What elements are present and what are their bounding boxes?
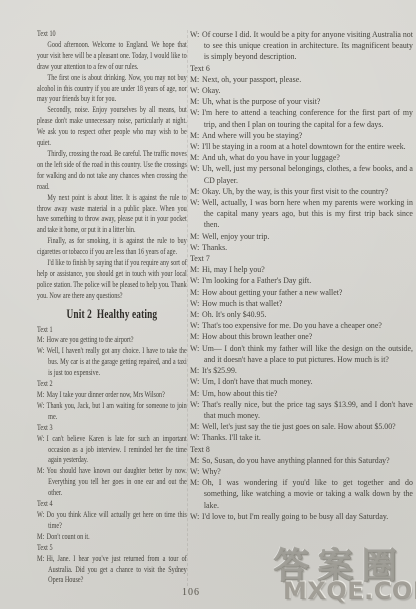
dialogue-line: W:Why? [190,466,413,477]
dialogue-text: Well, actually, I was born here when my … [202,197,413,229]
speaker-label: W: [190,163,202,174]
speaker-label: W: [190,320,202,331]
dialogue-line: M:It's $25.99. [190,365,413,376]
dialogue-line: M:Don't count on it. [37,532,187,543]
speaker-label: M: [190,455,202,466]
dialogue-text: May I take your dinner order now, Mrs Wi… [47,390,165,399]
text-section-label: Text 4 [37,499,187,510]
left-column: Text 10Good afternoon. Welcome to Englan… [37,29,187,586]
speaker-label: M: [37,335,47,346]
dialogue-line: M:How about getting your father a new wa… [190,287,413,298]
dialogue-line: W:I'm here to attend a teaching conferen… [190,107,413,129]
dialogue-text: I'm looking for a Father's Day gift. [202,275,311,285]
dialogue-text: Well, enjoy your trip. [202,231,269,241]
dialogue-line: W:Um— I don't think my father will like … [190,343,413,365]
monologue-paragraph: Thirdly, crossing the road. Be careful. … [37,149,187,193]
speaker-label: W: [190,376,202,387]
dialogue-line: M:Uh, what is the purpose of your visit? [190,96,413,107]
dialogue-text: Um— I don't think my father will like th… [202,343,413,364]
dialogue-text: Well, I haven't really got any choice. I… [47,346,187,377]
speaker-label: M: [190,287,202,298]
dialogue-text: Do you think Alice will actually get her… [47,510,187,530]
dialogue-line: M:How about this brown leather one? [190,331,413,342]
dialogue-line: W:How much is that wallet? [190,298,413,309]
speaker-label: M: [190,74,202,85]
speaker-label: W: [37,510,47,521]
dialogue-text: How are you getting to the airport? [47,335,134,344]
speaker-label: W: [190,85,202,96]
text-section-label: Text 1 [37,325,187,336]
dialogue-text: Uh, well, just my personal belongings, c… [202,163,413,184]
dialogue-text: Okay. [202,85,220,95]
speaker-label: M: [190,309,202,320]
dialogue-line: W:That's really nice, but the price tag … [190,399,413,421]
speaker-label: M: [190,231,202,242]
text-section-label: Text 3 [37,423,187,434]
speaker-label: M: [190,96,202,107]
dialogue-line: W:I'd love to, but I'm really going to b… [190,511,413,522]
speaker-label: W: [190,399,202,410]
speaker-label: W: [37,434,47,445]
dialogue-text: I'm here to attend a teaching conference… [202,107,413,128]
speaker-label: M: [37,466,47,477]
text-section-label: Text 10 [37,29,187,40]
watermark-site-url: MXQE.COM [283,577,416,605]
dialogue-text: Um, how about this tie? [202,388,277,398]
dialogue-line: W:Okay. [190,85,413,96]
dialogue-line: W:That's too expensive for me. Do you ha… [190,320,413,331]
dialogue-text: Okay. Uh, by the way, is this your first… [202,186,388,196]
dialogue-text: How about this brown leather one? [202,331,312,341]
dialogue-text: Um, I don't have that much money. [202,376,313,386]
speaker-label: W: [190,29,202,40]
text-section-label: Text 8 [190,444,413,455]
dialogue-line: W:I can't believe Karen is late for such… [37,434,187,467]
dialogue-text: Hi, Jane. I hear you've just returned fr… [47,554,187,585]
text-section-label: Text 5 [37,543,187,554]
speaker-label: W: [190,107,202,118]
speaker-label: M: [190,477,202,488]
speaker-label: W: [190,242,202,253]
dialogue-text: Of course I did. It would be a pity for … [202,29,413,61]
dialogue-line: W:Do you think Alice will actually get h… [37,510,187,532]
speaker-label: M: [37,390,47,401]
dialogue-text: How about getting your father a new wall… [202,287,342,297]
page-number: 106 [182,587,200,598]
dialogue-text: And where will you be staying? [202,130,302,140]
speaker-label: W: [190,298,202,309]
speaker-label: W: [37,346,47,357]
monologue-paragraph: The first one is about drinking. Now, yo… [37,73,187,106]
dialogue-line: M:And uh, what do you have in your lugga… [190,152,413,163]
dialogue-text: And uh, what do you have in your luggage… [202,152,340,162]
dialogue-text: That's too expensive for me. Do you have… [202,320,382,330]
dialogue-line: M:May I take your dinner order now, Mrs … [37,390,187,401]
speaker-label: M: [190,264,202,275]
dialogue-line: M:Okay. Uh, by the way, is this your fir… [190,186,413,197]
dialogue-text: Well, let's just say the tie just goes o… [202,421,396,431]
text-section-label: Text 6 [190,63,413,74]
dialogue-line: W:Well, I haven't really got any choice.… [37,346,187,379]
dialogue-text: Thanks. [202,242,227,252]
dialogue-line: M:And where will you be staying? [190,130,413,141]
dialogue-line: M:So, Susan, do you have anything planne… [190,455,413,466]
speaker-label: W: [190,275,202,286]
text-section-label: Text 7 [190,253,413,264]
dialogue-line: W:Thanks. [190,242,413,253]
dialogue-text: You should have known our daughter bette… [47,466,187,497]
speaker-label: W: [190,466,202,477]
column-divider [187,30,188,586]
dialogue-line: M:Um, how about this tie? [190,388,413,399]
speaker-label: M: [37,554,47,565]
speaker-label: M: [190,421,202,432]
dialogue-text: How much is that wallet? [202,298,282,308]
speaker-label: W: [190,432,202,443]
speaker-label: M: [190,152,202,163]
speaker-label: W: [190,197,202,208]
dialogue-line: M:Well, enjoy your trip. [190,231,413,242]
monologue-paragraph: Finally, as for smoking, it is against t… [37,236,187,258]
speaker-label: W: [37,401,47,412]
dialogue-text: Why? [202,466,221,476]
dialogue-text: That's really nice, but the price tag sa… [202,399,413,420]
dialogue-line: W:Um, I don't have that much money. [190,376,413,387]
dialogue-text: Oh, I was wondering if you'd like to get… [202,477,413,509]
speaker-label: M: [190,186,202,197]
dialogue-line: M:Hi, Jane. I hear you've just returned … [37,554,187,587]
speaker-label: M: [190,130,202,141]
dialogue-line: M:Hi, may I help you? [190,264,413,275]
unit-heading: Unit 2 Healthy eating [37,309,187,320]
dialogue-text: It's $25.99. [202,365,237,375]
dialogue-text: Next, oh, your passport, please. [202,74,301,84]
dialogue-line: M:How are you getting to the airport? [37,335,187,346]
dialogue-text: I'd love to, but I'm really going to be … [202,511,388,521]
dialogue-line: W:Thank you, Jack, but I am waiting for … [37,401,187,423]
dialogue-text: Thanks. I'll take it. [202,432,261,442]
speaker-label: W: [190,141,202,152]
dialogue-line: M:Oh, I was wondering if you'd like to g… [190,477,413,511]
dialogue-text: Don't count on it. [47,532,90,541]
dialogue-line: W:Of course I did. It would be a pity fo… [190,29,413,63]
monologue-paragraph: Good afternoon. Welcome to England. We h… [37,40,187,73]
dialogue-text: Uh, what is the purpose of your visit? [202,96,320,106]
dialogue-line: W:I'll be staying in a room at a hotel d… [190,141,413,152]
speaker-label: M: [190,388,202,399]
dialogue-line: M:You should have known our daughter bet… [37,466,187,499]
dialogue-text: Hi, may I help you? [202,264,265,274]
dialogue-line: W:Thanks. I'll take it. [190,432,413,443]
dialogue-text: So, Susan, do you have anything planned … [202,455,390,465]
dialogue-line: M:Oh. It's only $40.95. [190,309,413,320]
dialogue-text: Oh. It's only $40.95. [202,309,266,319]
monologue-paragraph: I'd like to finish by saying that if you… [37,258,187,302]
dialogue-line: M:Well, let's just say the tie just goes… [190,421,413,432]
monologue-paragraph: My next point is about litter. It is aga… [37,193,187,237]
dialogue-line: M:Next, oh, your passport, please. [190,74,413,85]
speaker-label: W: [190,511,202,522]
speaker-label: M: [190,331,202,342]
speaker-label: M: [37,532,47,543]
monologue-paragraph: Secondly, noise. Enjoy yourselves by all… [37,105,187,149]
dialogue-text: I'll be staying in a room at a hotel dow… [202,141,406,151]
text-section-label: Text 2 [37,379,187,390]
dialogue-line: W:Uh, well, just my personal belongings,… [190,163,413,185]
speaker-label: W: [190,343,202,354]
right-column: W:Of course I did. It would be a pity fo… [190,29,413,522]
dialogue-line: W:I'm looking for a Father's Day gift. [190,275,413,286]
dialogue-line: W:Well, actually, I was born here when m… [190,197,413,231]
dialogue-text: Thank you, Jack, but I am waiting for so… [47,401,187,421]
dialogue-text: I can't believe Karen is late for such a… [47,434,187,465]
speaker-label: M: [190,365,202,376]
